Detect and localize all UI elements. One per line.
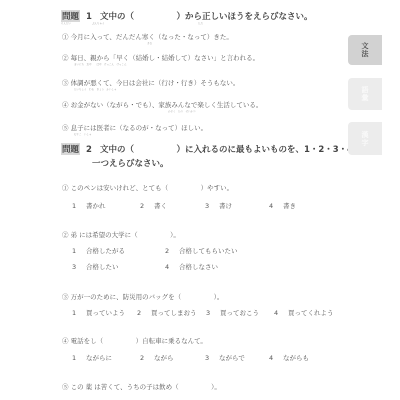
option[interactable]: 3合格したい — [72, 262, 119, 271]
tab-label: 漢 — [362, 131, 369, 139]
option[interactable]: 4合格しなさい — [165, 262, 218, 271]
question-item: ④ お金がない（ながら・でも）、家族みんなで楽しく生活している。 — [62, 100, 262, 109]
section2-heading: 問題2文中の（ ）に入れるのに最もよいものを、1・2・3・4から — [61, 143, 370, 155]
option[interactable]: 1書かれ — [72, 201, 106, 210]
question-item: ② 毎日、親から「早く（結婚し・結婚して）なさい」と言われる。 — [62, 53, 259, 62]
option[interactable]: 1合格したがる — [72, 246, 125, 255]
tab-label: 文 — [362, 42, 369, 50]
furigana: さむ — [147, 41, 152, 45]
furigana: ぶんちゅう — [92, 21, 105, 25]
option[interactable]: 2合格してもらいたい — [165, 246, 238, 255]
option[interactable]: 3買っておこう — [206, 308, 259, 317]
tab-label: 彙 — [362, 94, 369, 102]
question-item: ⑤ 息子には医者に（なるのが・なって）ほしい。 — [62, 123, 207, 132]
furigana: たいちょう わる きょう かいしゃ — [74, 87, 117, 91]
mondai-label: 問題 — [61, 143, 80, 155]
option[interactable]: 4ながらも — [269, 353, 309, 362]
question-item: ⑤ この 薬 は苦くて、うちの子は飲め（ ）。 — [62, 382, 221, 391]
furigana: まいにち おや はや けっこん けっこん — [74, 62, 127, 66]
option[interactable]: 1ながらに — [72, 353, 112, 362]
tab-kanji[interactable]: 漢 字 — [348, 122, 382, 155]
section2-instruction-line1: 文中の（ ）に入れるのに最もよいものを、1・2・3・4から — [100, 145, 370, 155]
question-item: ② 弟 には希望の大学に（ ）。 — [62, 230, 180, 239]
furigana: かぞく たの せいかつ — [168, 109, 196, 113]
option[interactable]: 4買ってくれよう — [274, 308, 334, 317]
option[interactable]: 1買っていよう — [72, 308, 125, 317]
question-item: ① 今月に入って、だんだん寒く（なった・なって）きた。 — [62, 32, 233, 41]
option[interactable]: 3書け — [205, 201, 232, 210]
question-item: ① このペンは安いけれど、とても（ ）やすい。 — [62, 183, 233, 192]
question-item: ③ 万が一のために、防災用のバッグを（ ）。 — [62, 292, 223, 301]
option[interactable]: 2ながら — [140, 353, 174, 362]
tab-grammar[interactable]: 文 法 — [348, 35, 382, 65]
question-item: ④ 電話をし（ ）自転車に乗るなんて。 — [62, 336, 207, 345]
furigana: もんだい — [61, 21, 71, 25]
question-item: ③ 体調が悪くて、今日は会社に（行け・行き）そうもない。 — [62, 78, 239, 87]
option[interactable]: 2買ってしまおう — [137, 308, 197, 317]
tab-label: 法 — [362, 50, 369, 58]
furigana: ただ — [198, 21, 203, 25]
workbook-page: 問題1文中の（ ）から正しいほうをえらびなさい。 もんだい ぶんちゅう ただ ①… — [0, 0, 400, 400]
mondai-number: 2 — [86, 145, 92, 155]
option[interactable]: 4書き — [269, 201, 296, 210]
furigana: むすこ いしゃ — [74, 132, 92, 136]
tab-label: 字 — [362, 139, 369, 147]
section2-instruction-line2: 一つえらびなさい。 — [92, 157, 169, 169]
tab-label: 語 — [362, 86, 369, 94]
option[interactable]: 3ながらで — [205, 353, 245, 362]
section1-instruction: 文中の（ ）から正しいほうをえらびなさい。 — [100, 12, 313, 22]
option[interactable]: 2書く — [140, 201, 167, 210]
tab-vocabulary[interactable]: 語 彙 — [348, 78, 382, 110]
